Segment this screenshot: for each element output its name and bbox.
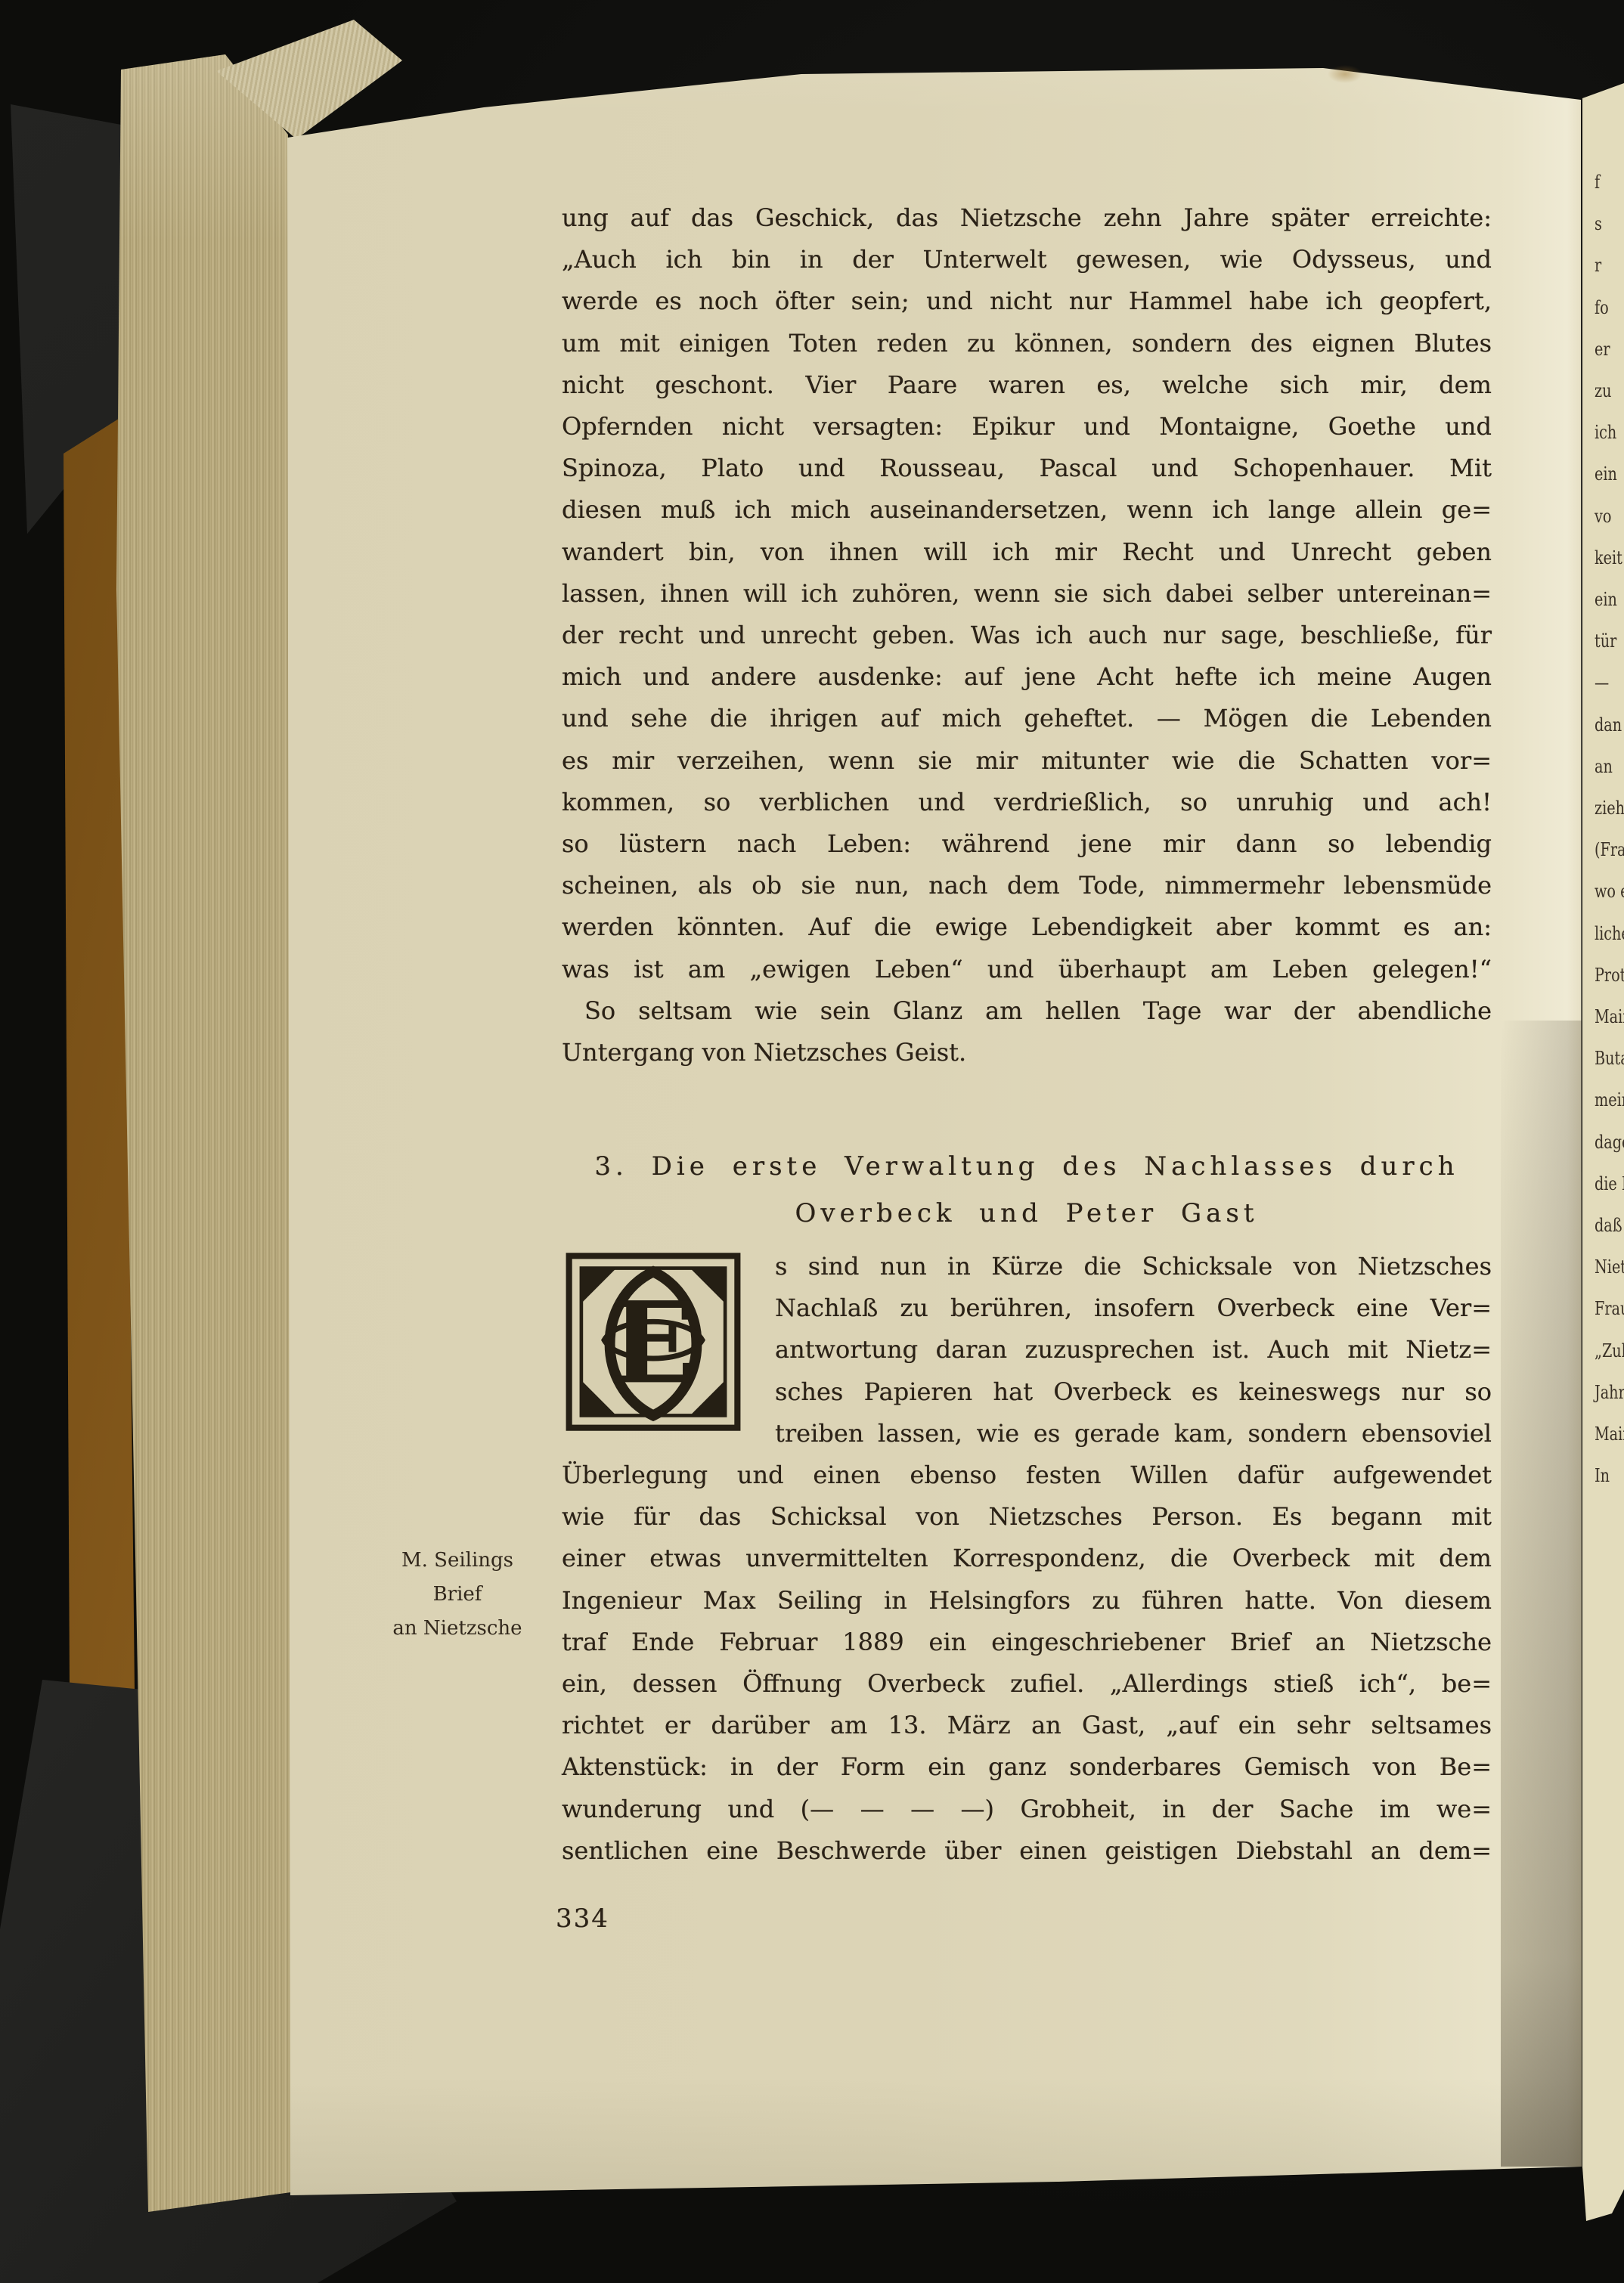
- text-line: treiben lassen, wie es gerade kam, sonde…: [775, 1413, 1492, 1454]
- facing-page-text-fragments: fsrfoerzuicheinvokeiteintür—dananziehe(F…: [1588, 162, 1624, 1498]
- closing-paragraph: So seltsam wie sein Glanz am hellen Tage…: [562, 990, 1492, 1073]
- page-stain: [1328, 65, 1362, 83]
- text-line: „Zuku: [1595, 1330, 1624, 1372]
- text-line: wie für das Schicksal von Nietzsches Per…: [562, 1496, 1492, 1538]
- text-line: So seltsam wie sein Glanz am hellen Tage…: [562, 990, 1492, 1032]
- text-line: s: [1595, 203, 1624, 245]
- text-line: r: [1595, 245, 1624, 287]
- text-line: Prote: [1595, 955, 1624, 996]
- text-line: dan: [1595, 705, 1624, 746]
- text-line: einer etwas unvermittelten Korrespondenz…: [562, 1538, 1492, 1579]
- margin-note: M. Seilings Briefan Nietzsche: [376, 1544, 539, 1646]
- text-line: diesen muß ich mich auseinandersetzen, w…: [562, 489, 1492, 531]
- text-line: werde es noch öfter sein; und nicht nur …: [562, 280, 1492, 322]
- text-line: dageg: [1595, 1122, 1624, 1163]
- text-line: sches Papieren hat Overbeck es keinesweg…: [775, 1371, 1492, 1413]
- text-line: kommen, so verblichen und verdrießlich, …: [562, 782, 1492, 823]
- text-line: daß di: [1595, 1205, 1624, 1247]
- text-line: s sind nun in Kürze die Schicksale von N…: [775, 1246, 1492, 1287]
- text-line: Spinoza, Plato und Rousseau, Pascal und …: [562, 448, 1492, 489]
- text-line: ziehe: [1595, 788, 1624, 829]
- text-line: Frau: [1595, 1288, 1624, 1330]
- text-line: —: [1595, 662, 1624, 704]
- text-line: fo: [1595, 287, 1624, 329]
- text-line: um mit einigen Toten reden zu können, so…: [562, 323, 1492, 364]
- text-line: ein, dessen Öffnung Overbeck zufiel. „Al…: [562, 1663, 1492, 1705]
- text-line: an: [1595, 746, 1624, 788]
- text-line: richtet er darüber am 13. März an Gast, …: [562, 1705, 1492, 1746]
- text-line: ich: [1595, 412, 1624, 454]
- text-line: (Fra: [1595, 829, 1624, 871]
- text-line: wunderung und (— — — —) Grobheit, in der…: [562, 1789, 1492, 1830]
- section-paragraph: s sind nun in Kürze die Schicksale von N…: [562, 1246, 1492, 1872]
- gutter-shadow: [1501, 1021, 1582, 2167]
- text-line: „Auch ich bin in der Unterwelt gewesen, …: [562, 239, 1492, 280]
- text-line: Mainl: [1595, 1414, 1624, 1455]
- text-line: traf Ende Februar 1889 ein eingeschriebe…: [562, 1622, 1492, 1663]
- text-line: vo: [1595, 496, 1624, 537]
- text-line: Nietzs: [1595, 1247, 1624, 1288]
- text-line: In: [1595, 1455, 1624, 1497]
- text-line: scheinen, als ob sie nun, nach dem Tode,…: [562, 865, 1492, 906]
- text-line: zu: [1595, 370, 1624, 412]
- text-line: Opfernden nicht versagten: Epikur und Mo…: [562, 406, 1492, 448]
- text-line: Nachlaß zu berühren, insofern Overbeck e…: [775, 1287, 1492, 1329]
- text-line: lassen, ihnen will ich zuhören, wenn sie…: [562, 573, 1492, 615]
- text-line: ung auf das Geschick, das Nietzsche zehn…: [562, 197, 1492, 239]
- text-line: lichen: [1595, 913, 1624, 955]
- text-line: Ingenieur Max Seiling in Helsingfors zu …: [562, 1580, 1492, 1622]
- text-line: tür: [1595, 621, 1624, 662]
- quote-paragraph: ung auf das Geschick, das Nietzsche zehn…: [562, 197, 1492, 990]
- text-line: wo e: [1595, 871, 1624, 912]
- page-number: 334: [556, 1904, 609, 1934]
- text-line: ein: [1595, 454, 1624, 495]
- text-line: Aktenstück: in der Form ein ganz sonderb…: [562, 1746, 1492, 1788]
- text-line: der recht und unrecht geben. Was ich auc…: [562, 615, 1492, 656]
- text-line: Main: [1595, 996, 1624, 1038]
- text-line: meine: [1595, 1080, 1624, 1121]
- section-heading-line2: Overbeck und Peter Gast: [562, 1190, 1492, 1237]
- text-line: Jahre: [1595, 1372, 1624, 1414]
- text-line: Untergang von Nietzsches Geist.: [562, 1032, 1492, 1073]
- text-line: f: [1595, 162, 1624, 203]
- text-line: mich und andere ausdenke: auf jene Acht …: [562, 656, 1492, 698]
- text-line: an Nietzsche: [376, 1612, 539, 1646]
- text-line: was ist am „ewigen Leben“ und überhaupt …: [562, 949, 1492, 990]
- text-line: wandert bin, von ihnen will ich mir Rech…: [562, 531, 1492, 573]
- text-line: werden könnten. Auf die ewige Lebendigke…: [562, 906, 1492, 948]
- section-heading-line1: 3. Die erste Verwaltung des Nachlasses d…: [562, 1143, 1492, 1190]
- text-line: er: [1595, 329, 1624, 370]
- text-line: keit: [1595, 537, 1624, 579]
- section-heading: 3. Die erste Verwaltung des Nachlasses d…: [562, 1143, 1492, 1237]
- book-photo-scene: ung auf das Geschick, das Nietzsche zehn…: [0, 0, 1624, 2283]
- facing-page-text-edge: fsrfoerzuicheinvokeiteintür—dananziehe(F…: [1588, 162, 1624, 1560]
- text-line: ein: [1595, 579, 1624, 621]
- text-line: sentlichen eine Beschwerde über einen ge…: [562, 1830, 1492, 1872]
- text-line: nicht geschont. Vier Paare waren es, wel…: [562, 364, 1492, 406]
- text-line: die Le: [1595, 1163, 1624, 1205]
- text-line: Butai: [1595, 1038, 1624, 1080]
- text-line: so lüstern nach Leben: während jene mir …: [562, 823, 1492, 865]
- text-line: Überlegung und einen ebenso festen Wille…: [562, 1454, 1492, 1496]
- text-line: M. Seilings Brief: [376, 1544, 539, 1612]
- text-line: und sehe die ihrigen auf mich geheftet. …: [562, 698, 1492, 739]
- text-line: es mir verzeihen, wenn sie mir mitunter …: [562, 740, 1492, 782]
- text-line: antwortung daran zuzusprechen ist. Auch …: [775, 1329, 1492, 1371]
